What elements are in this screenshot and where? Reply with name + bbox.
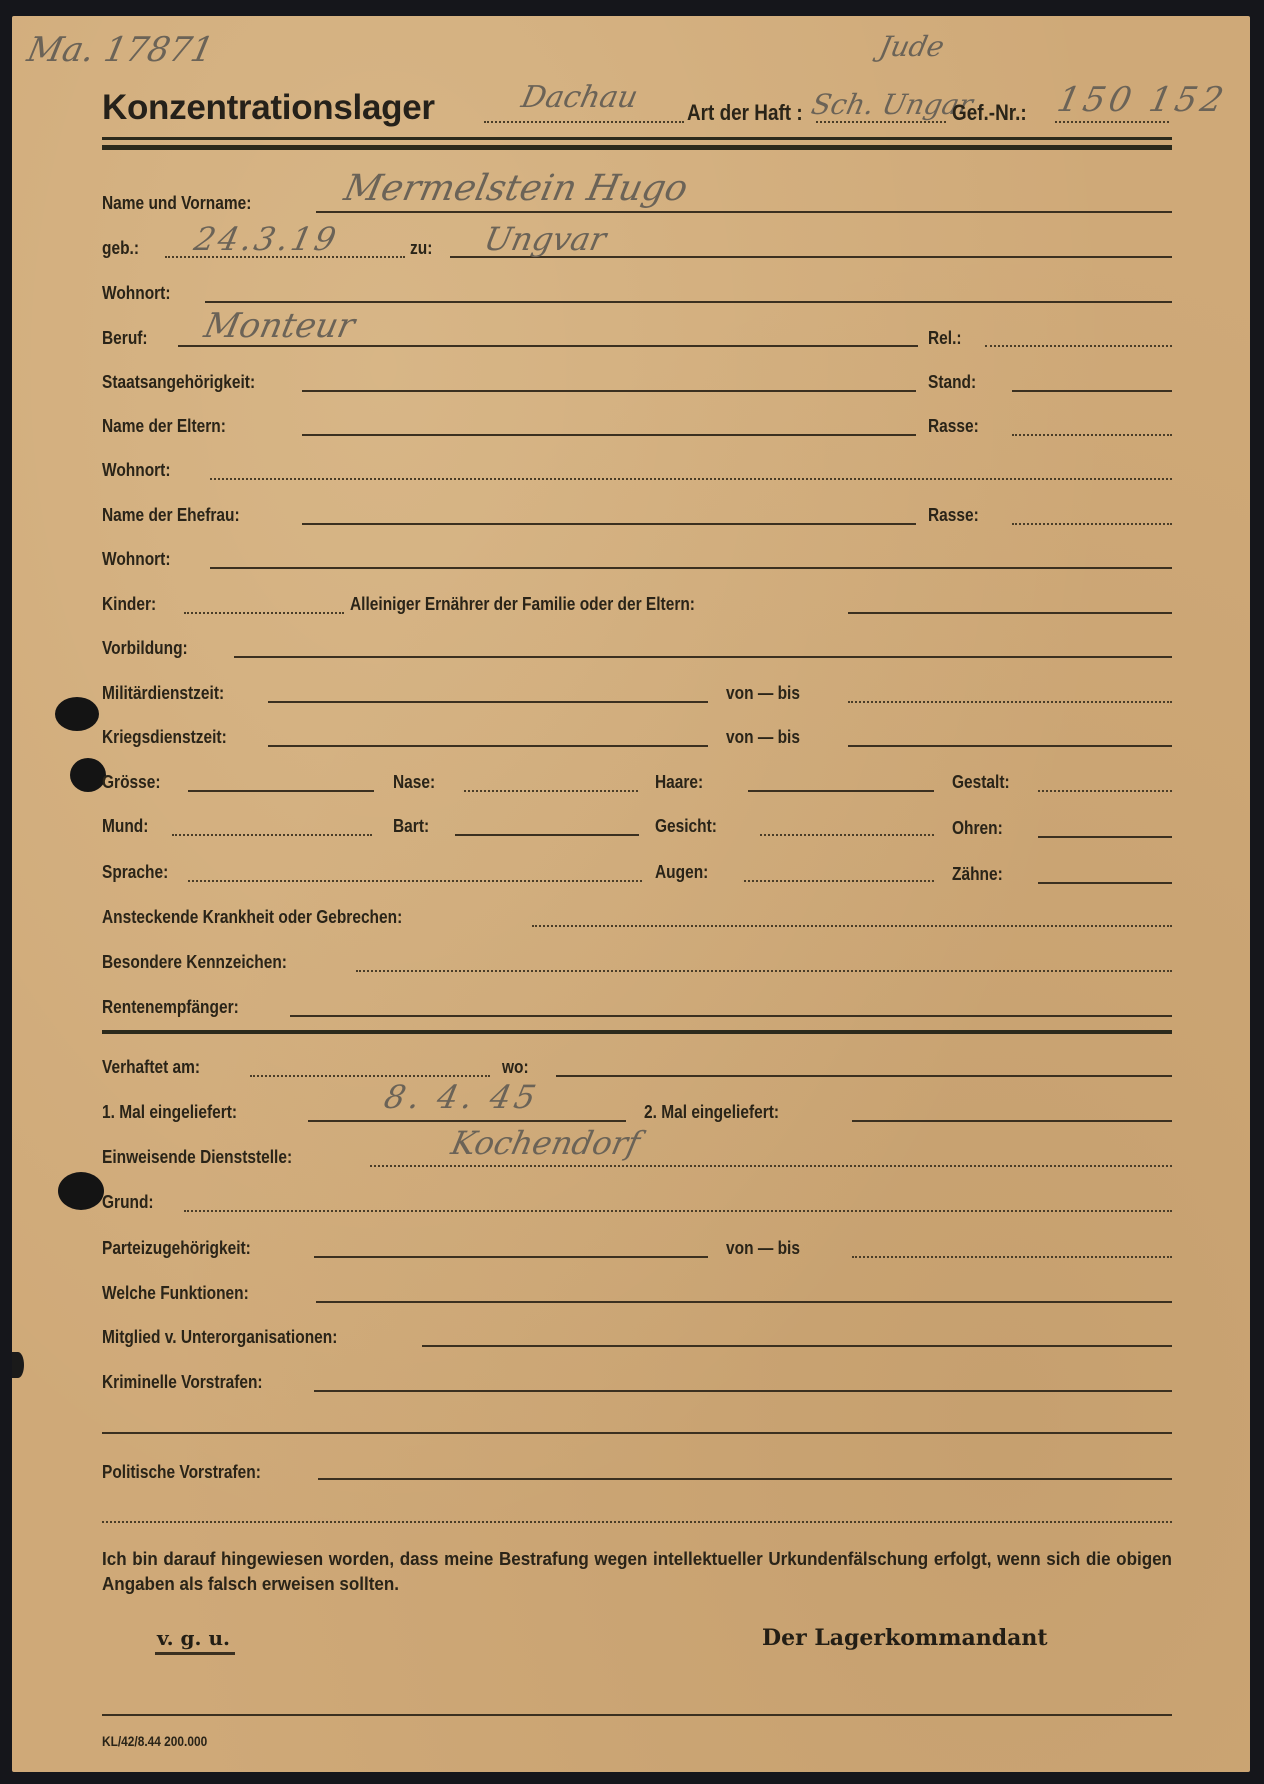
zaehne-field-line xyxy=(1038,882,1172,884)
beruf-value[interactable]: Monteur xyxy=(201,306,359,346)
dienststelle-label: Einweisende Dienststelle: xyxy=(102,1147,292,1168)
stand-label: Stand: xyxy=(928,372,976,393)
gesicht-field-line xyxy=(760,834,934,836)
gef-nr-field-line xyxy=(1055,121,1169,123)
mal1-value[interactable]: 8. 4. 45 xyxy=(381,1078,543,1116)
kriminelle-label: Kriminelle Vorstrafen: xyxy=(102,1372,263,1393)
ehefrau-field-line xyxy=(302,523,916,525)
rel-field-line xyxy=(985,345,1172,347)
gestalt-field-line xyxy=(1038,790,1172,792)
rasse-ehefrau-label: Rasse: xyxy=(928,505,979,526)
wo-label: wo: xyxy=(502,1057,529,1078)
beruf-label: Beruf: xyxy=(102,328,148,349)
sprache-label: Sprache: xyxy=(102,862,168,883)
wohnort-ehefrau-label: Wohnort: xyxy=(102,549,170,570)
bart-field-line xyxy=(455,834,639,836)
form-code: KL/42/8.44 200.000 xyxy=(102,1733,207,1749)
verhaftet-field-line xyxy=(250,1075,490,1077)
kennzeichen-field-line xyxy=(356,970,1172,972)
zaehne-label: Zähne: xyxy=(952,864,1003,885)
politische-label: Politische Vorstrafen: xyxy=(102,1462,261,1483)
wo-field-line xyxy=(556,1075,1172,1077)
politische-field-line xyxy=(318,1478,1172,1480)
mal1-label: 1. Mal eingeliefert: xyxy=(102,1102,237,1123)
mitglied-label: Mitglied v. Unterorganisationen: xyxy=(102,1327,337,1348)
groesse-label: Grösse: xyxy=(102,772,161,793)
nase-field-line xyxy=(464,790,638,792)
rasse-ehefrau-field-line xyxy=(1012,523,1172,525)
kennzeichen-label: Besondere Kennzeichen: xyxy=(102,952,287,973)
rente-label: Rentenempfänger: xyxy=(102,997,239,1018)
rasse-label: Rasse: xyxy=(928,416,979,437)
punch-hole-1 xyxy=(55,697,99,731)
mund-field-line xyxy=(172,834,372,836)
bart-label: Bart: xyxy=(393,816,429,837)
gef-nr-label: Gef.-Nr.: xyxy=(952,100,1027,126)
ernaehrer-field-line xyxy=(848,612,1172,614)
wohnort-eltern-label: Wohnort: xyxy=(102,460,170,481)
grund-field-line xyxy=(184,1210,1172,1212)
gesicht-label: Gesicht: xyxy=(655,816,717,837)
mal2-label: 2. Mal eingeliefert: xyxy=(644,1102,779,1123)
funktionen-field-line xyxy=(316,1301,1172,1303)
punch-hole-2 xyxy=(70,758,106,792)
vorbildung-label: Vorbildung: xyxy=(102,638,188,659)
sprache-field-line xyxy=(188,880,642,882)
partei-von-bis-field-line xyxy=(852,1256,1172,1258)
staat-label: Staatsangehörigkeit: xyxy=(102,372,255,393)
haft-label: Art der Haft : xyxy=(687,100,803,126)
eltern-label: Name der Eltern: xyxy=(102,416,226,437)
kriminelle-field-line xyxy=(314,1390,1172,1392)
krieg-von-bis-field-line xyxy=(848,745,1172,747)
vorbildung-field-line xyxy=(234,656,1172,658)
ohren-label: Ohren: xyxy=(952,818,1003,839)
staat-field-line xyxy=(302,390,916,392)
augen-field-line xyxy=(744,880,934,882)
krankheit-label: Ansteckende Krankheit oder Gebrechen: xyxy=(102,907,402,928)
eltern-field-line xyxy=(302,434,916,436)
vgu-underline xyxy=(155,1652,235,1655)
groesse-field-line xyxy=(188,790,374,792)
zu-value[interactable]: Ungvar xyxy=(481,220,610,258)
punch-hole-3 xyxy=(58,1172,104,1210)
krieg-von-bis-label: von — bis xyxy=(726,727,800,748)
militaer-label: Militärdienstzeit: xyxy=(102,683,224,704)
signature-line xyxy=(102,1714,1172,1716)
header-rule-top xyxy=(102,137,1172,140)
declaration-text: Ich bin darauf hingewiesen worden, dass … xyxy=(102,1546,1172,1596)
dienststelle-field-line xyxy=(370,1165,1172,1167)
rasse-field-line xyxy=(1012,434,1172,436)
geb-label: geb.: xyxy=(102,238,139,259)
kinder-field-line xyxy=(184,612,344,614)
militaer-von-bis-label: von — bis xyxy=(726,683,800,704)
kriminelle-field-line-2 xyxy=(102,1432,1172,1434)
header-rule-bottom xyxy=(102,145,1172,150)
politische-field-line-2 xyxy=(102,1521,1172,1523)
name-value[interactable]: Mermelstein Hugo xyxy=(341,168,692,209)
nase-label: Nase: xyxy=(393,772,435,793)
mal2-field-line xyxy=(852,1120,1172,1122)
haft-field-line xyxy=(816,121,946,123)
rel-label: Rel.: xyxy=(928,328,962,349)
kinder-label: Kinder: xyxy=(102,594,156,615)
militaer-field-line xyxy=(268,701,708,703)
haft-annotation: Jude xyxy=(876,30,947,63)
ehefrau-label: Name der Ehefrau: xyxy=(102,505,240,526)
vgu-label: v. g. u. xyxy=(157,1626,230,1650)
rente-field-line xyxy=(290,1015,1172,1017)
dienststelle-value[interactable]: Kochendorf xyxy=(448,1124,643,1162)
militaer-von-bis-field-line xyxy=(848,701,1172,703)
haare-field-line xyxy=(748,790,934,792)
augen-label: Augen: xyxy=(655,862,708,883)
edge-tear xyxy=(12,1352,24,1378)
krankheit-field-line xyxy=(532,925,1172,927)
kommandant-label: Der Lagerkommandant xyxy=(762,1625,1048,1651)
gestalt-label: Gestalt: xyxy=(952,772,1010,793)
partei-field-line xyxy=(314,1256,708,1258)
camp-field-line xyxy=(484,121,684,123)
mal1-field-line xyxy=(308,1120,626,1122)
gef-nr-value[interactable]: 150 152 xyxy=(1054,80,1231,120)
geb-value[interactable]: 24.3.19 xyxy=(191,220,342,258)
stand-field-line xyxy=(1012,390,1172,392)
wohnort-eltern-field-line xyxy=(210,478,1172,480)
zu-label: zu: xyxy=(410,238,432,259)
funktionen-label: Welche Funktionen: xyxy=(102,1283,249,1304)
verhaftet-label: Verhaftet am: xyxy=(102,1057,200,1078)
ernaehrer-label: Alleiniger Ernährer der Familie oder der… xyxy=(350,594,695,615)
ohren-field-line xyxy=(1038,836,1172,838)
archive-reference: Ma. 17871 xyxy=(24,30,217,70)
form-sheet xyxy=(12,16,1250,1772)
partei-label: Parteizugehörigkeit: xyxy=(102,1238,251,1259)
form-title: Konzentrationslager xyxy=(102,88,435,128)
camp-value[interactable]: Dachau xyxy=(518,80,641,115)
krieg-label: Kriegsdienstzeit: xyxy=(102,727,227,748)
name-field-line xyxy=(316,211,1172,213)
haft-value[interactable]: Sch. Ungar xyxy=(808,88,975,121)
wohnort-field-line xyxy=(205,301,1172,303)
wohnort-label: Wohnort: xyxy=(102,283,170,304)
partei-von-bis-label: von — bis xyxy=(726,1238,800,1259)
grund-label: Grund: xyxy=(102,1192,154,1213)
wohnort-ehefrau-field-line xyxy=(210,567,1172,569)
mitglied-field-line xyxy=(422,1345,1172,1347)
krieg-field-line xyxy=(268,745,708,747)
section-divider xyxy=(102,1030,1172,1034)
name-label: Name und Vorname: xyxy=(102,193,251,214)
mund-label: Mund: xyxy=(102,816,148,837)
haare-label: Haare: xyxy=(655,772,703,793)
